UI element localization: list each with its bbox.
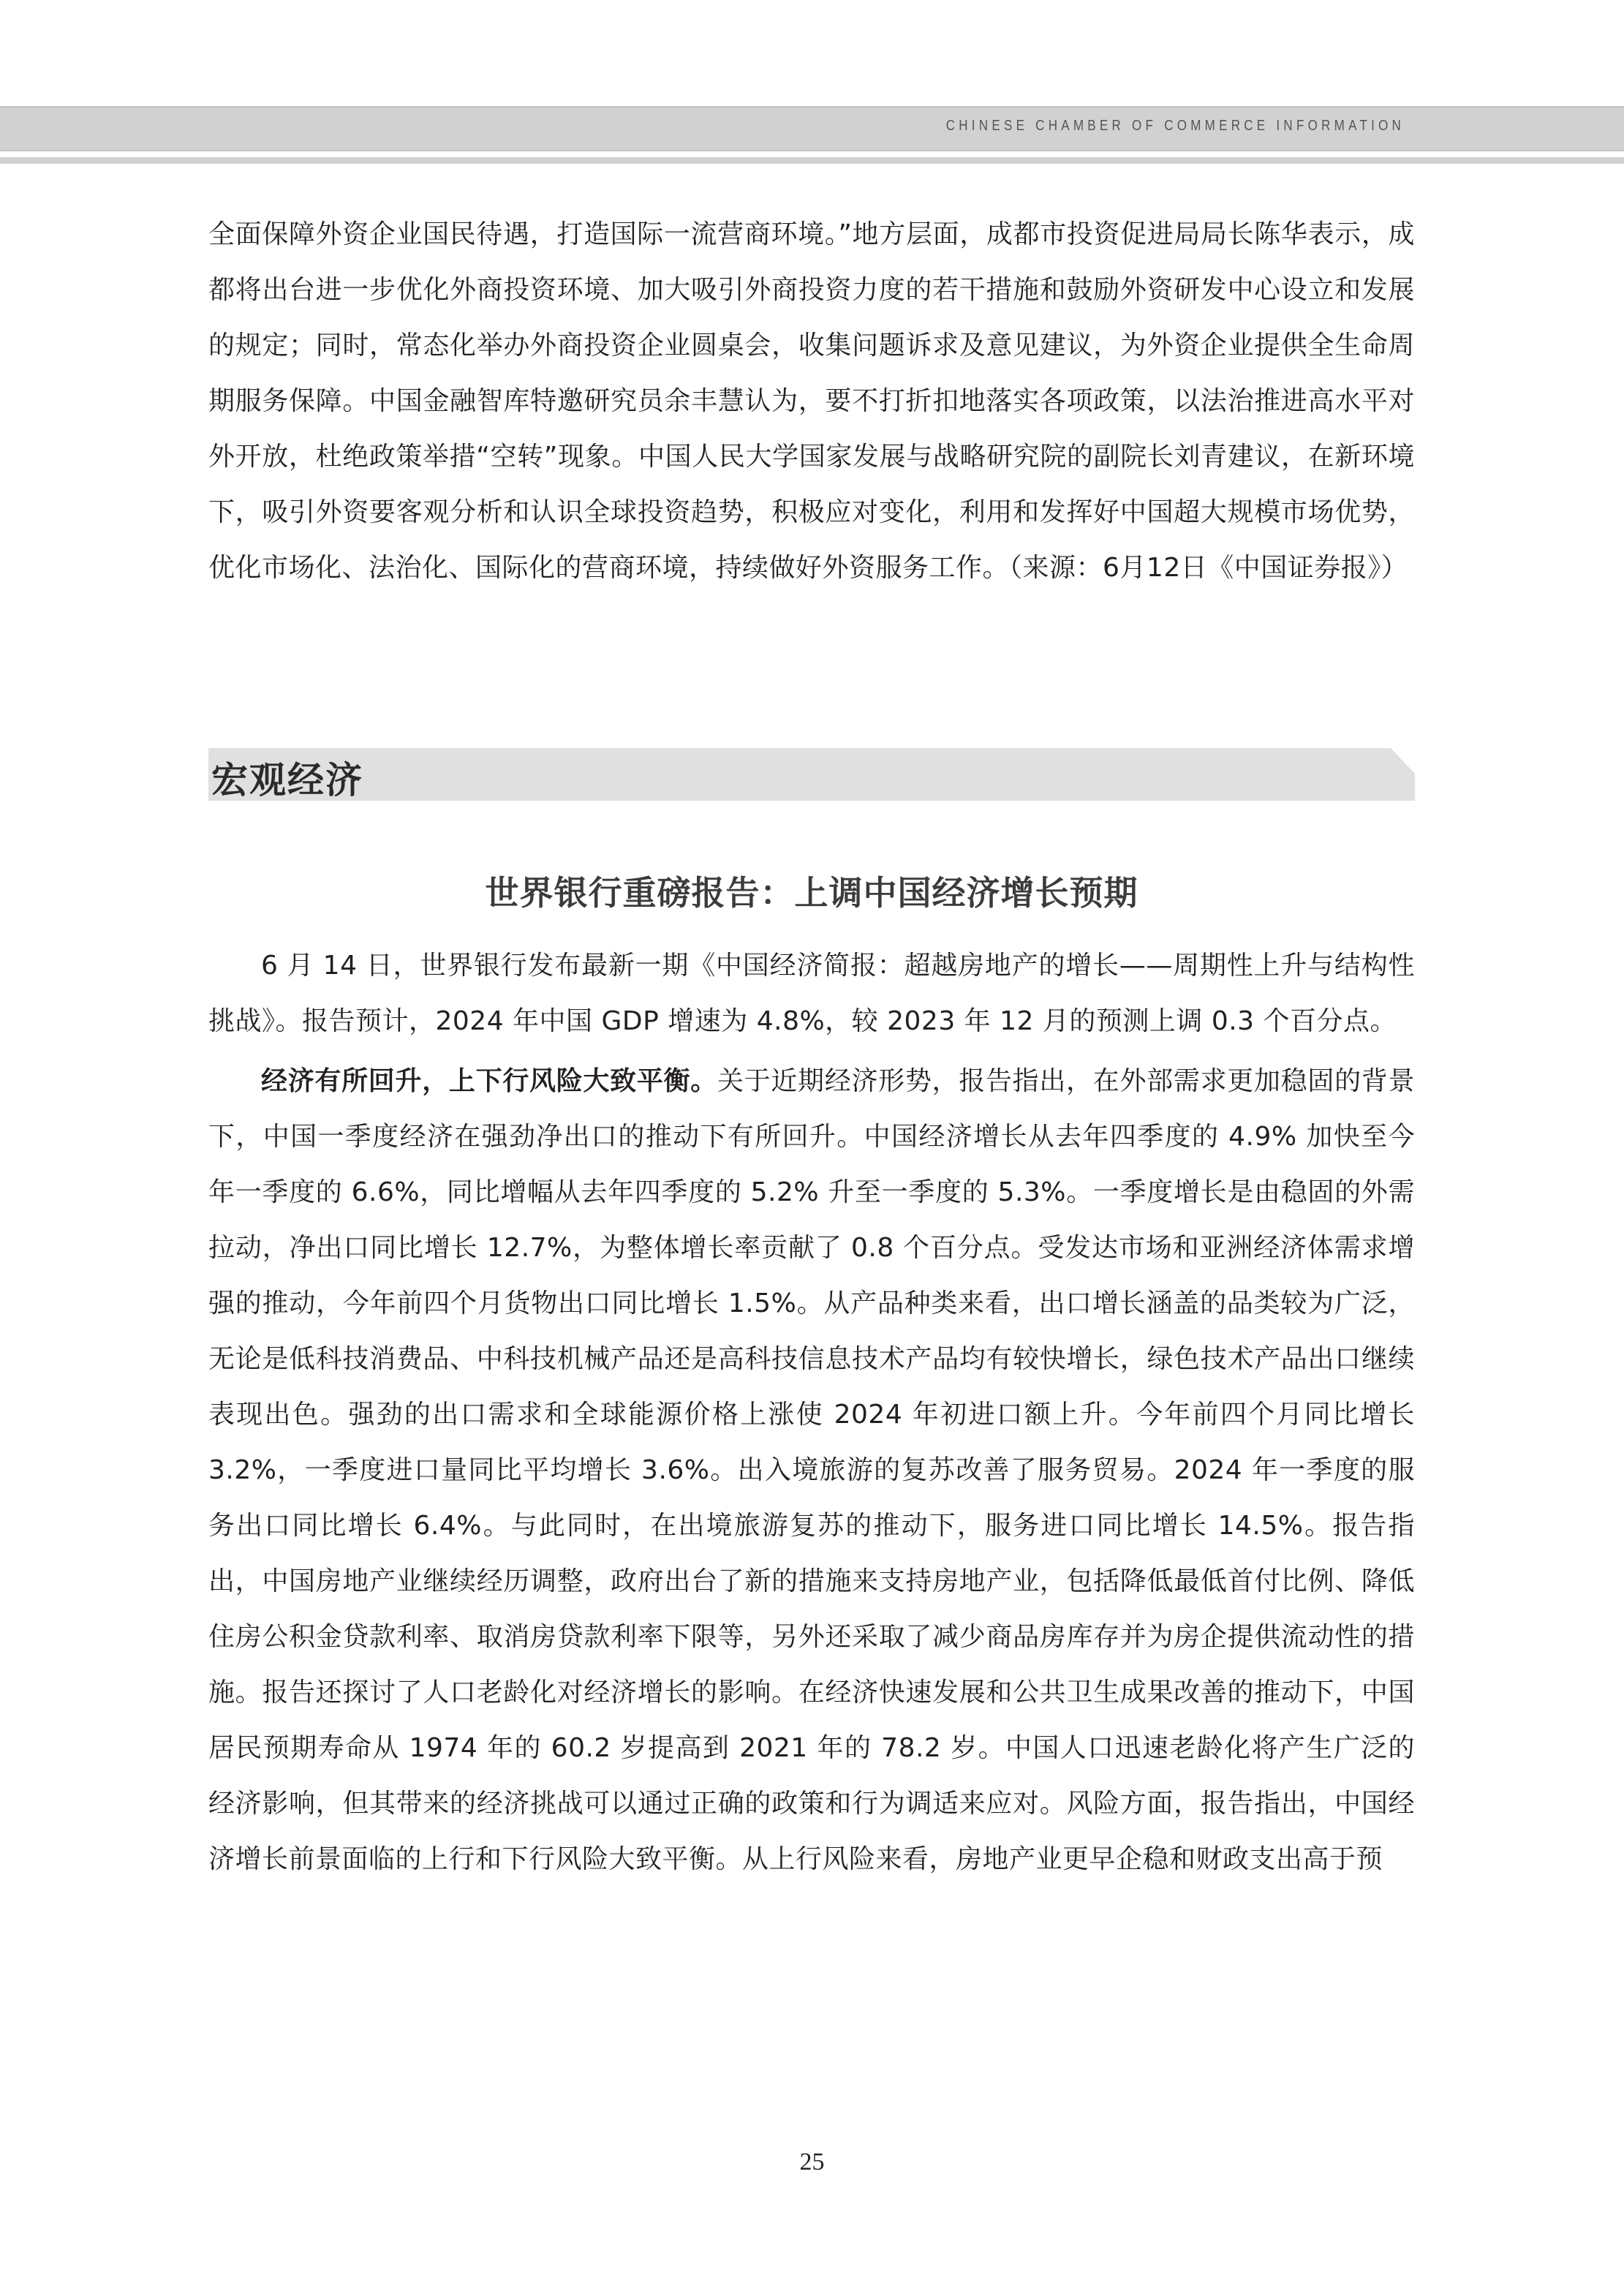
article-paragraph: 经济有所回升，上下行风险大致平衡。关于近期经济形势，报告指出，在外部需求更加稳固… bbox=[208, 1054, 1415, 1887]
article-body: 6 月 14 日，世界银行发布最新一期《中国经济简报：超越房地产的增长——周期性… bbox=[208, 938, 1415, 1887]
section-title: 宏观经济 bbox=[211, 751, 363, 804]
paragraph-text: 6 月 14 日，世界银行发布最新一期《中国经济简报：超越房地产的增长——周期性… bbox=[208, 951, 1415, 1036]
article-title: 世界银行重磅报告：上调中国经济增长预期 bbox=[208, 867, 1415, 915]
source-citation: （来源：6月12日《中国证券报》） bbox=[1009, 553, 1408, 583]
article-paragraph: 6 月 14 日，世界银行发布最新一期《中国经济简报：超越房地产的增长——周期性… bbox=[208, 938, 1415, 1049]
page-number: 25 bbox=[0, 2148, 1624, 2176]
paragraph-text: 全面保障外资企业国民待遇，打造国际一流营商环境。”地方层面，成都市投资促进局局长… bbox=[208, 219, 1415, 583]
running-header: CHINESE CHAMBER OF COMMERCE INFORMATION bbox=[0, 106, 1624, 151]
continued-article: 全面保障外资企业国民待遇，打造国际一流营商环境。”地方层面，成都市投资促进局局长… bbox=[208, 207, 1415, 596]
section-banner: 宏观经济 bbox=[208, 748, 1415, 801]
paragraph-lead: 经济有所回升，上下行风险大致平衡。 bbox=[261, 1066, 717, 1096]
header-divider bbox=[0, 157, 1624, 164]
continued-paragraph: 全面保障外资企业国民待遇，打造国际一流营商环境。”地方层面，成都市投资促进局局长… bbox=[208, 207, 1415, 596]
publication-name: CHINESE CHAMBER OF COMMERCE INFORMATION bbox=[946, 118, 1405, 135]
paragraph-text: 关于近期经济形势，报告指出，在外部需求更加稳固的背景下，中国一季度经济在强劲净出… bbox=[208, 1066, 1415, 1874]
